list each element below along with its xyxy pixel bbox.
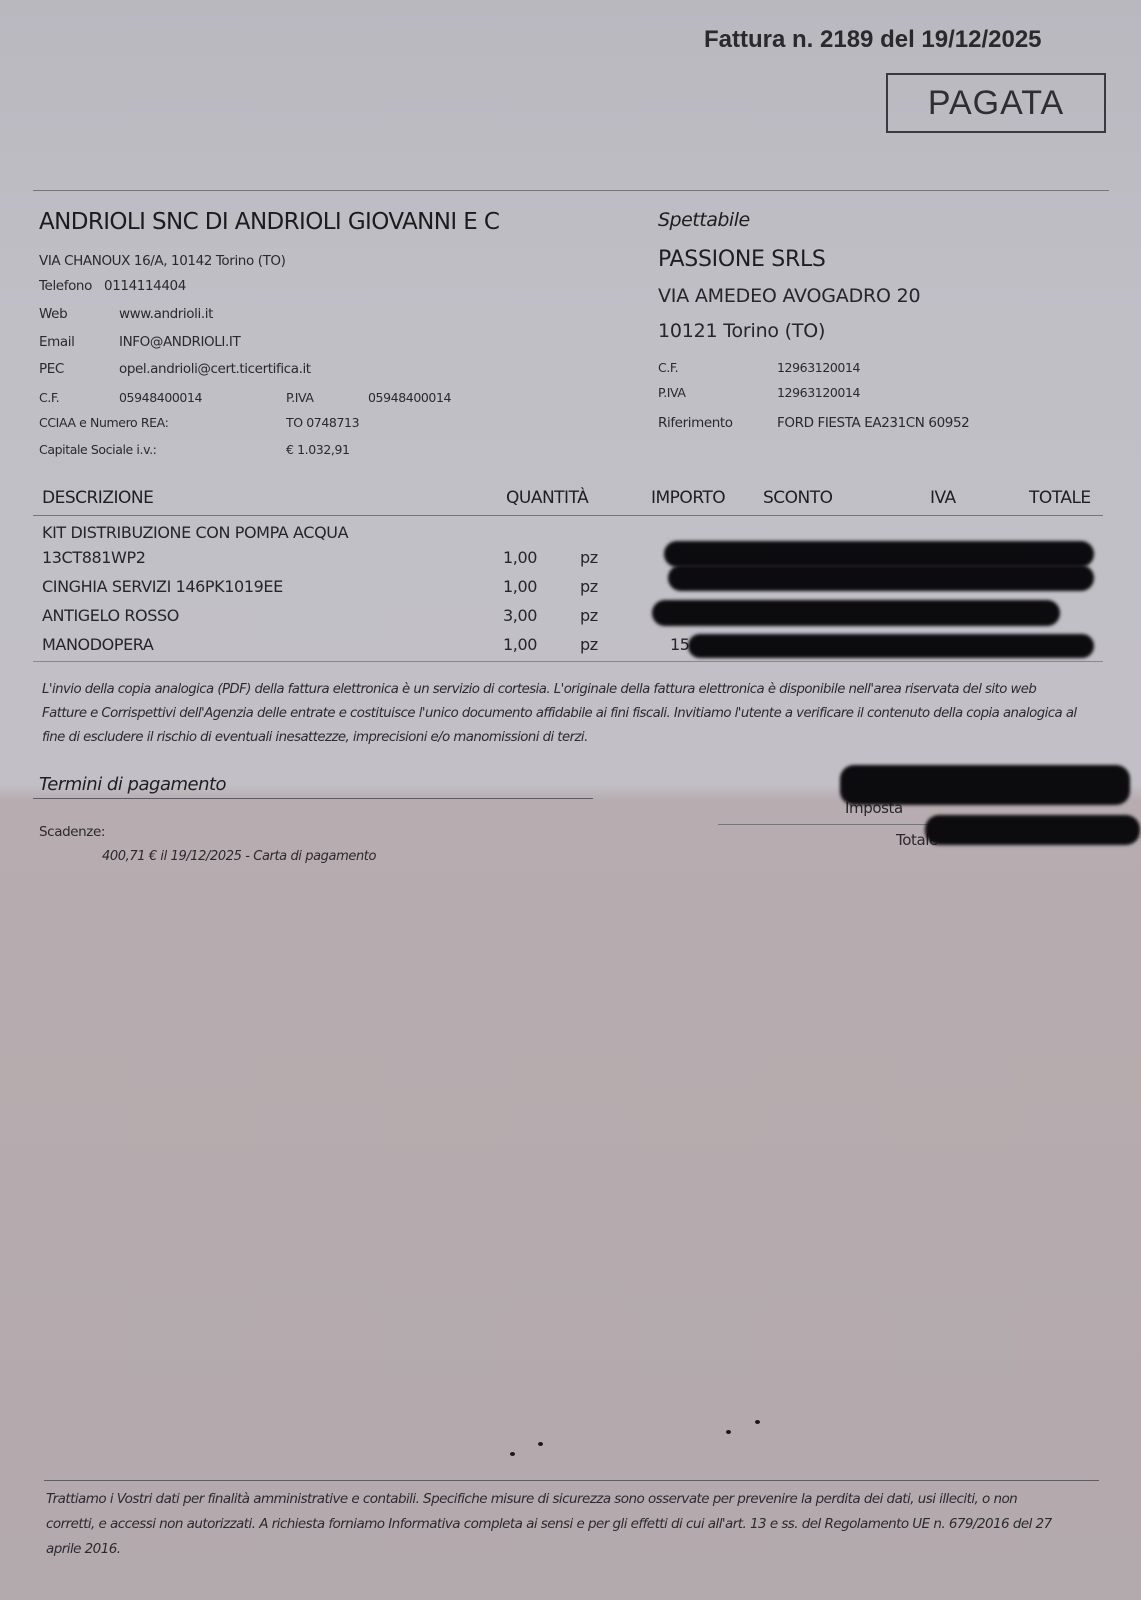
privacy-notice: Trattiamo i Vostri dati per finalità amm…: [46, 1487, 1066, 1562]
customer-piva: 12963120014: [777, 385, 860, 400]
customer-reference: FORD FIESTA EA231CN 60952: [777, 415, 969, 431]
row-quantity: 3,00: [503, 606, 537, 625]
payment-due-entry: 400,71 € il 19/12/2025 - Carta di pagame…: [102, 849, 376, 864]
row-unit: pz: [580, 577, 598, 596]
seller-cf: 05948400014: [119, 390, 202, 405]
header-divider: [33, 190, 1109, 191]
row-unit: pz: [580, 548, 598, 567]
customer-name: PASSIONE SRLS: [658, 247, 826, 272]
seller-web-label: Web: [39, 306, 67, 322]
row-description: ANTIGELO ROSSO: [42, 606, 179, 625]
row-quantity: 1,00: [503, 548, 537, 567]
staple-hole-mark: [510, 1452, 515, 1456]
row-unit: pz: [580, 606, 598, 625]
redaction-mark: [688, 634, 1094, 658]
seller-email-label: Email: [39, 334, 74, 350]
customer-reference-label: Riferimento: [658, 415, 733, 431]
seller-piva-label: P.IVA: [286, 390, 314, 405]
row-quantity: 1,00: [503, 635, 537, 654]
redaction-mark: [925, 815, 1140, 845]
seller-phone: 0114114404: [104, 278, 186, 294]
customer-salutation: Spettabile: [658, 209, 750, 231]
row-description: MANODOPERA: [42, 635, 153, 654]
staple-hole-mark: [538, 1442, 543, 1446]
table-header-divider: [33, 515, 1103, 516]
col-header-amount: IMPORTO: [651, 488, 725, 508]
payment-due-label: Scadenze:: [39, 824, 105, 840]
table-bottom-divider: [33, 661, 1103, 662]
seller-email: INFO@ANDRIOLI.IT: [119, 334, 240, 350]
col-header-description: DESCRIZIONE: [42, 488, 153, 508]
seller-capital: € 1.032,91: [286, 442, 350, 457]
row-unit: pz: [580, 635, 598, 654]
seller-pec-label: PEC: [39, 361, 64, 377]
seller-capital-label: Capitale Sociale i.v.:: [39, 442, 156, 457]
seller-phone-label: Telefono: [39, 278, 92, 294]
redaction-mark: [652, 600, 1060, 626]
col-header-quantity: QUANTITÀ: [506, 488, 588, 508]
col-header-total: TOTALE: [1029, 488, 1091, 508]
seller-piva: 05948400014: [368, 390, 451, 405]
seller-rea: TO 0748713: [286, 415, 359, 430]
invoice-title: Fattura n. 2189 del 19/12/2025: [704, 26, 1042, 54]
row-description-code: 13CT881WP2: [42, 548, 146, 567]
redaction-mark: [668, 565, 1094, 591]
row-description: KIT DISTRIBUZIONE CON POMPA ACQUA: [42, 523, 348, 542]
customer-address-line2: 10121 Torino (TO): [658, 320, 825, 342]
customer-cf: 12963120014: [777, 360, 860, 375]
col-header-vat: IVA: [930, 488, 956, 508]
seller-name: ANDRIOLI SNC DI ANDRIOLI GIOVANNI E C: [39, 209, 499, 235]
seller-address: VIA CHANOUX 16/A, 10142 Torino (TO): [39, 253, 286, 269]
row-quantity: 1,00: [503, 577, 537, 596]
pdf-copy-disclaimer: L'invio della copia analogica (PDF) dell…: [42, 678, 1082, 750]
staple-hole-mark: [726, 1430, 731, 1434]
customer-piva-label: P.IVA: [658, 385, 686, 400]
paid-stamp: PAGATA: [886, 73, 1106, 133]
seller-rea-label: CCIAA e Numero REA:: [39, 415, 168, 430]
footer-divider: [44, 1480, 1099, 1481]
seller-web: www.andrioli.it: [119, 306, 213, 322]
payment-terms-divider: [33, 798, 593, 799]
customer-cf-label: C.F.: [658, 360, 678, 375]
row-amount-partial: 15: [670, 635, 690, 654]
col-header-discount: SCONTO: [763, 488, 833, 508]
staple-hole-mark: [755, 1420, 760, 1424]
row-description: CINGHIA SERVIZI 146PK1019EE: [42, 577, 283, 596]
redaction-mark: [664, 541, 1094, 567]
redaction-mark: [840, 765, 1130, 805]
seller-pec: opel.andrioli@cert.ticertifica.it: [119, 361, 311, 377]
customer-address-line1: VIA AMEDEO AVOGADRO 20: [658, 285, 920, 307]
payment-terms-title: Termini di pagamento: [39, 774, 226, 795]
seller-cf-label: C.F.: [39, 390, 59, 405]
